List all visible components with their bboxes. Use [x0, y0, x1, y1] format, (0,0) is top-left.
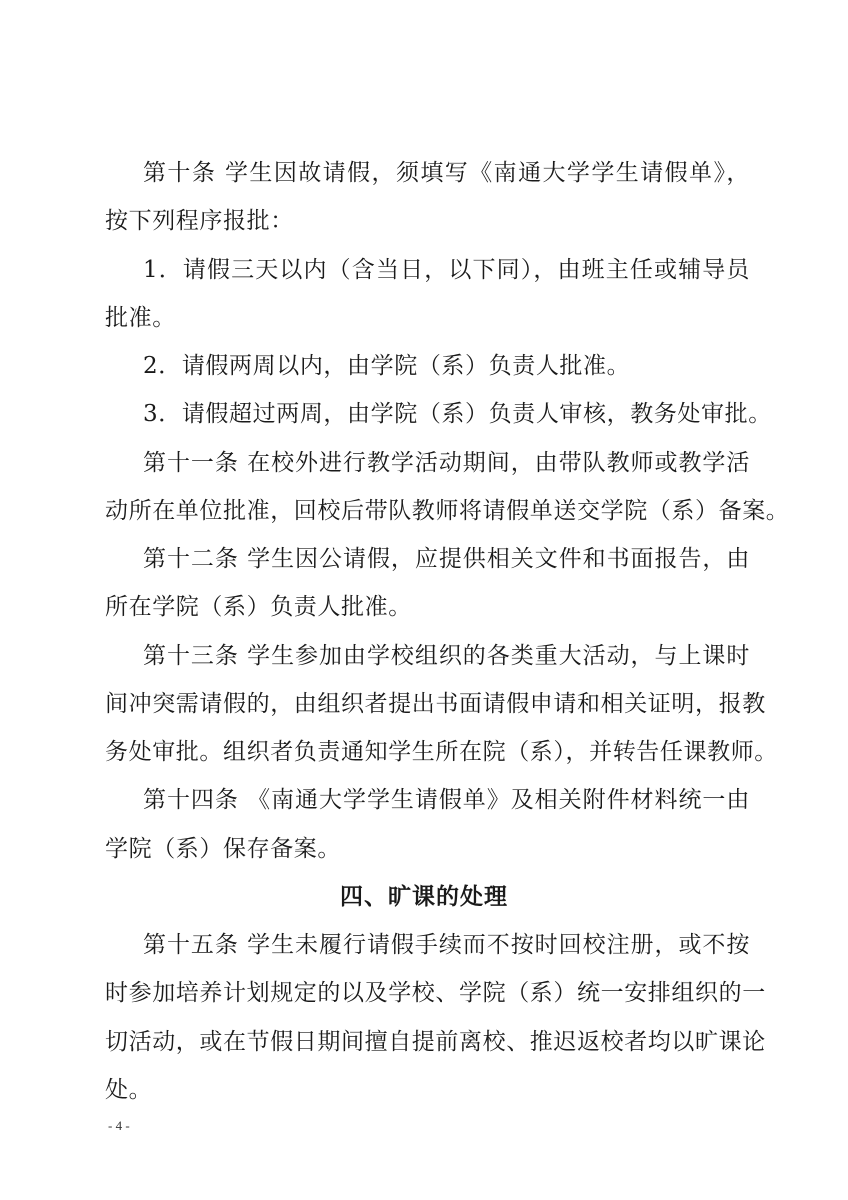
item-1-line-2: 批准。: [105, 298, 176, 338]
article-11-line-1: 第十一条 在校外进行教学活动期间，由带队教师或教学活: [105, 443, 750, 483]
article-15-line-2: 时参加培养计划规定的以及学校、学院（系）统一安排组织的一: [105, 973, 750, 1013]
article-15-line-4: 处。: [105, 1070, 152, 1110]
article-10-line-2: 按下列程序报批：: [105, 201, 294, 241]
article-13-line-1: 第十三条 学生参加由学校组织的各类重大活动，与上课时: [105, 636, 750, 676]
article-12-line-2: 所在学院（系）负责人批准。: [105, 587, 412, 627]
article-11-line-2: 动所在单位批准，回校后带队教师将请假单送交学院（系）备案。: [105, 491, 750, 531]
page-number: - 4 -: [108, 1118, 130, 1134]
section-heading: 四、旷课的处理: [0, 877, 848, 917]
document-page: 第十条 学生因故请假，须填写《南通大学学生请假单》， 按下列程序报批： 1．请假…: [0, 0, 848, 1200]
item-3-line: 3．请假超过两周，由学院（系）负责人审核，教务处审批。: [105, 394, 750, 434]
article-12-line-1: 第十二条 学生因公请假，应提供相关文件和书面报告，由: [105, 539, 750, 579]
article-13-line-3: 务处审批。组织者负责通知学生所在院（系），并转告任课教师。: [105, 732, 750, 772]
article-15-line-1: 第十五条 学生未履行请假手续而不按时回校注册，或不按: [105, 925, 750, 965]
article-14-line-2: 学院（系）保存备案。: [105, 829, 341, 869]
article-15-line-3: 切活动，或在节假日期间擅自提前离校、推迟返校者均以旷课论: [105, 1022, 750, 1062]
item-1-line-1: 1．请假三天以内（含当日，以下同），由班主任或辅导员: [105, 250, 750, 290]
item-2-line: 2．请假两周以内，由学院（系）负责人批准。: [105, 346, 630, 386]
article-14-line-1: 第十四条 《南通大学学生请假单》及相关附件材料统一由: [105, 780, 750, 820]
article-13-line-2: 间冲突需请假的，由组织者提出书面请假申请和相关证明，报教: [105, 684, 750, 724]
article-10-line-1: 第十条 学生因故请假，须填写《南通大学学生请假单》，: [105, 153, 750, 193]
